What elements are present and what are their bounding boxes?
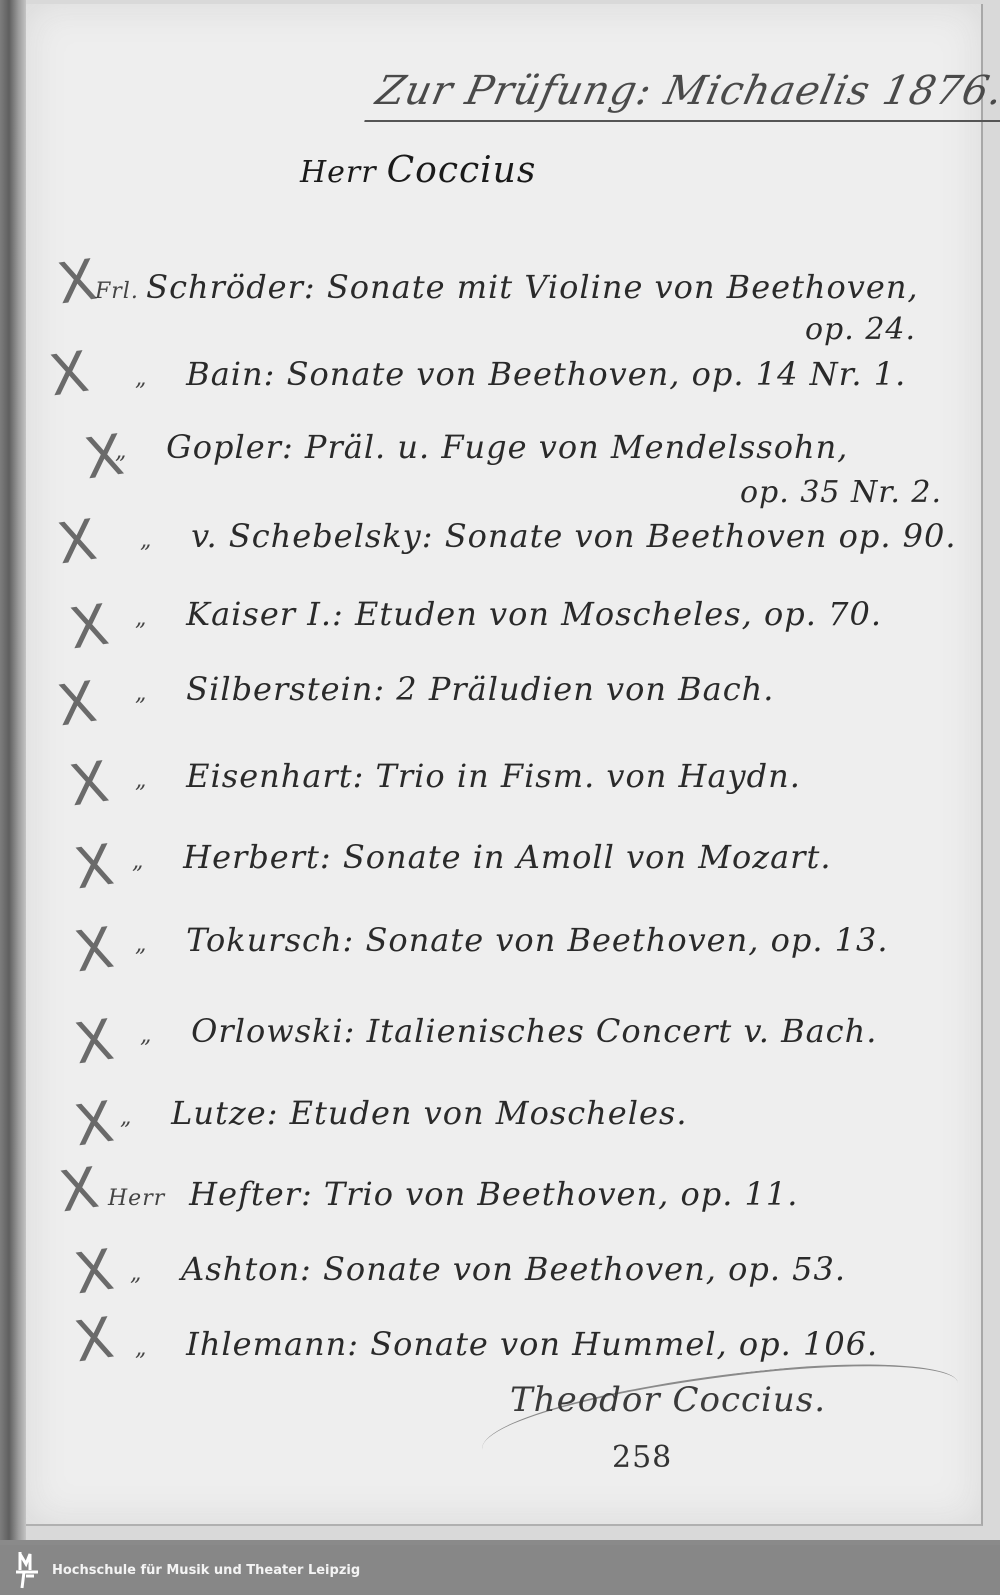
book-binding xyxy=(0,0,26,1540)
teacher-heading: HerrCoccius xyxy=(300,150,536,191)
entry-row: Herr Hefter: Trio von Beethoven, op. 11. xyxy=(108,1175,798,1213)
entry-text: v. Schebelsky: Sonate von Beethoven op. … xyxy=(191,517,956,555)
entry-prefix: „ xyxy=(135,606,175,631)
signature: Theodor Coccius. xyxy=(510,1380,826,1420)
entry-row: Frl. Schröder: Sonate mit Violine von Be… xyxy=(95,268,919,306)
entry-text: Hefter: Trio von Beethoven, op. 11. xyxy=(189,1175,798,1213)
entry-prefix: „ xyxy=(120,1105,160,1130)
entry-row: „ Bain: Sonate von Beethoven, op. 14 Nr.… xyxy=(135,355,906,393)
exam-heading: Zur Prüfung: Michaelis 1876. xyxy=(364,68,1000,122)
institution-name: Hochschule für Musik und Theater Leipzig xyxy=(52,1563,360,1578)
entry-text: Lutze: Etuden von Moscheles. xyxy=(171,1094,687,1132)
entry-text: Ihlemann: Sonate von Hummel, op. 106. xyxy=(186,1325,878,1363)
entry-text: Kaiser I.: Etuden von Moscheles, op. 70. xyxy=(186,595,882,633)
entry-prefix: „ xyxy=(135,681,175,706)
entry-text: Ashton: Sonate von Beethoven, op. 53. xyxy=(181,1250,846,1288)
entry-row: „ Lutze: Etuden von Moscheles. xyxy=(120,1094,687,1132)
entry-prefix: „ xyxy=(140,1023,180,1048)
entry-prefix: „ xyxy=(132,849,172,874)
entry-continuation: op. 24. xyxy=(805,312,916,347)
entry-prefix: „ xyxy=(135,932,175,957)
entry-text: Schröder: Sonate mit Violine von Beethov… xyxy=(146,268,918,306)
entry-row: „ Ihlemann: Sonate von Hummel, op. 106. xyxy=(135,1325,878,1363)
hmt-logo-icon xyxy=(12,1550,40,1590)
entry-prefix: „ xyxy=(115,439,155,464)
entry-text: Tokursch: Sonate von Beethoven, op. 13. xyxy=(186,921,888,959)
entry-text: Gopler: Präl. u. Fuge von Mendelssohn, xyxy=(166,428,848,466)
entry-text: Silberstein: 2 Präludien von Bach. xyxy=(186,670,774,708)
entry-row: „ Eisenhart: Trio in Fism. von Haydn. xyxy=(135,757,801,795)
entry-row: „ v. Schebelsky: Sonate von Beethoven op… xyxy=(140,517,957,555)
entry-text: Eisenhart: Trio in Fism. von Haydn. xyxy=(186,757,801,795)
entry-row: „ Orlowski: Italienisches Concert v. Bac… xyxy=(140,1012,877,1050)
institution-footer: Hochschule für Musik und Theater Leipzig xyxy=(0,1545,1000,1595)
entry-row: „ Kaiser I.: Etuden von Moscheles, op. 7… xyxy=(135,595,882,633)
entry-prefix: „ xyxy=(135,768,175,793)
entry-row: „ Ashton: Sonate von Beethoven, op. 53. xyxy=(130,1250,846,1288)
entry-row: „ Gopler: Präl. u. Fuge von Mendelssohn, xyxy=(115,428,848,466)
entry-prefix: Frl. xyxy=(95,279,135,304)
teacher-title: Herr xyxy=(300,155,377,190)
entry-prefix: „ xyxy=(135,366,175,391)
entry-row: „ Silberstein: 2 Präludien von Bach. xyxy=(135,670,774,708)
entry-row: „ Herbert: Sonate in Amoll von Mozart. xyxy=(132,838,831,876)
entry-text: Bain: Sonate von Beethoven, op. 14 Nr. 1… xyxy=(186,355,906,393)
entry-continuation: op. 35 Nr. 2. xyxy=(740,475,942,510)
entry-prefix: „ xyxy=(140,528,180,553)
entry-text: Herbert: Sonate in Amoll von Mozart. xyxy=(183,838,831,876)
entry-text: Orlowski: Italienisches Concert v. Bach. xyxy=(191,1012,877,1050)
teacher-name: Coccius xyxy=(387,150,537,191)
entry-prefix: „ xyxy=(130,1261,170,1286)
entry-prefix: Herr xyxy=(108,1186,178,1211)
page-number: 258 xyxy=(612,1440,672,1475)
entry-prefix: „ xyxy=(135,1336,175,1361)
entry-row: „ Tokursch: Sonate von Beethoven, op. 13… xyxy=(135,921,889,959)
